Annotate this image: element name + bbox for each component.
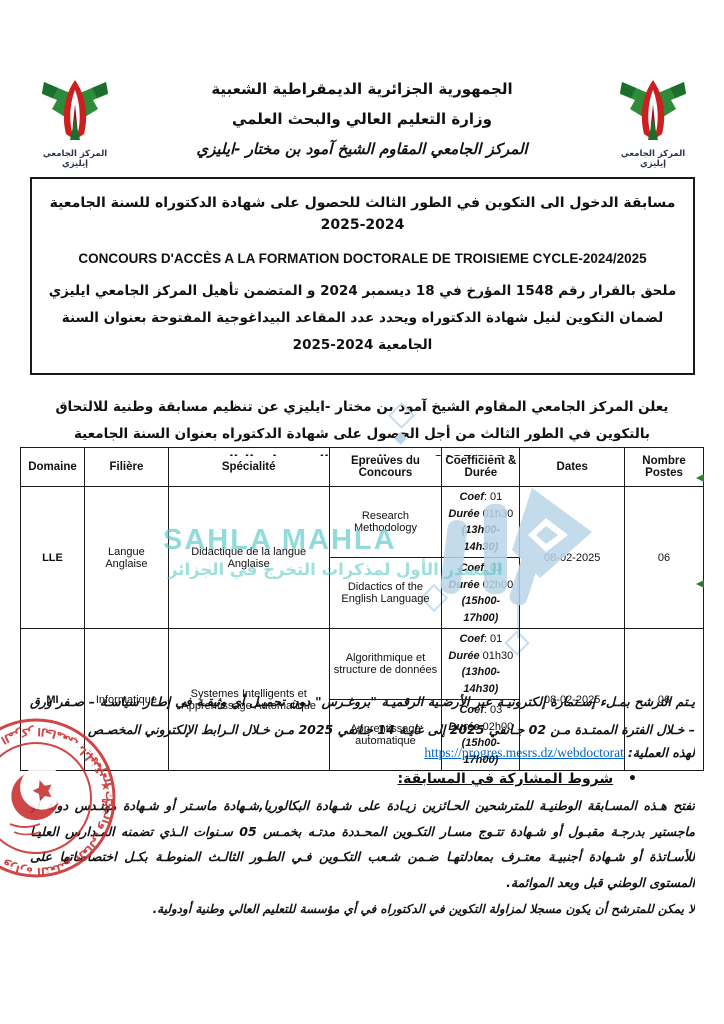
col-header-epreuves: Epreuves du Concours <box>329 448 442 487</box>
cell-epreuve: Algorithmique et structure de données <box>329 629 442 700</box>
cell-date: 08-02-2025 <box>520 487 625 629</box>
cell-specialite: Systemes Intelligents et Apprentissage A… <box>168 629 329 771</box>
col-header-postes: Nombre Postes <box>625 448 704 487</box>
cell-epreuve: Apprentissage automatique <box>329 700 442 771</box>
svg-text:★: ★ <box>100 779 112 794</box>
cell-postes: 06 <box>625 629 704 771</box>
conditions-paragraph: تفتح هـذه المسـابقة الوطنيـة للمترشحين ا… <box>30 793 695 896</box>
university-logo-left: المركز الجامعي إيليزي <box>32 78 118 169</box>
logo-caption: المركز الجامعي إيليزي <box>32 149 118 169</box>
col-header-specialite: Spécialité <box>168 448 329 487</box>
col-header-dates: Dates <box>520 448 625 487</box>
cell-coef-duree: Coef: 03 Durée 02h00 (15h00-17h00) <box>442 700 520 771</box>
concours-table: Domaine Filière Spécialité Epreuves du C… <box>20 447 704 771</box>
country-title: الجمهورية الجزائرية الديمقراطية الشعبية <box>120 80 604 98</box>
official-red-stamp-icon: وزارة التعليم العالي والبحث العلمي المرك… <box>0 712 122 884</box>
cell-date: 08-02-2025 <box>520 629 625 771</box>
cell-filiere: Langue Anglaise <box>84 487 168 629</box>
table-row: LLE Langue Anglaise Didactique de la lan… <box>21 487 704 558</box>
decree-text-ar: ملحق بالقرار رقم 1548 المؤرخ في 18 ديسمب… <box>40 278 685 359</box>
cell-coef-duree: Coef: 01 Durée 01h30 (13h00-14h30) <box>442 629 520 700</box>
announcement-box: مسابقة الدخول الى التكوين في الطور الثال… <box>30 177 695 375</box>
logo-caption: المركز الجامعي إيليزي <box>610 149 696 169</box>
university-emblem-icon <box>616 78 690 144</box>
table-row: MI Informatique Systemes Intelligents et… <box>21 629 704 700</box>
cell-coef-duree: Coef: 03 Durée 02h00 (15h00-17h00) <box>442 558 520 629</box>
col-header-domaine: Domaine <box>21 448 85 487</box>
concours-title-ar: مسابقة الدخول الى التكوين في الطور الثال… <box>40 192 685 237</box>
table-header-row: Domaine Filière Spécialité Epreuves du C… <box>21 448 704 487</box>
cell-epreuve: Didactics of the English Language <box>329 558 442 629</box>
concours-title-fr: CONCOURS D'ACCÈS A LA FORMATION DOCTORAL… <box>40 251 685 266</box>
col-header-coefficient: Coefficient & Durée <box>442 448 520 487</box>
document-header: الجمهورية الجزائرية الديمقراطية الشعبية … <box>120 80 604 158</box>
institution-title: المركز الجامعي المقاوم الشيخ آمود بن مخت… <box>120 140 604 158</box>
cell-postes: 06 <box>625 487 704 629</box>
cell-coef-duree: Coef: 01 Durée 01h30 (13h00-14h30) <box>442 487 520 558</box>
university-logo-right: المركز الجامعي إيليزي <box>610 78 696 169</box>
decree-text-fr: Arrêté N°1548 du 18 décembre 2024 Portan… <box>54 367 671 375</box>
cell-epreuve: Research Methodology <box>329 487 442 558</box>
ministry-title: وزارة التعليم العالي والبحث العلمي <box>120 110 604 128</box>
col-header-filiere: Filière <box>84 448 168 487</box>
bullet-icon: • <box>628 771 637 787</box>
cell-domaine: LLE <box>21 487 85 629</box>
conditions-note: لا يمكن للمترشح أن يكون مسجلا لمزاولة ال… <box>30 902 695 916</box>
svg-text:51: 51 <box>101 798 115 809</box>
university-emblem-icon <box>38 78 112 144</box>
cell-specialite: Didactique de la langue Anglaise <box>168 487 329 629</box>
